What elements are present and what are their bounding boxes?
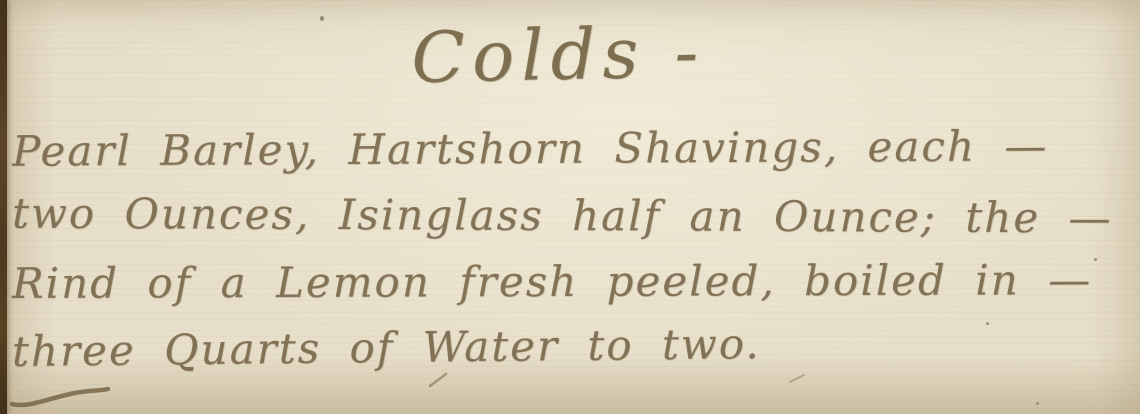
manuscript-line-1: Pearl Barley, Hartshorn Shavings, each —: [12, 121, 1049, 175]
cut-off-next-line-stroke: [8, 382, 128, 412]
manuscript-line-3: Rind of a Lemon fresh peeled, boiled in …: [12, 255, 1092, 308]
book-binding-edge: [0, 0, 7, 414]
manuscript-line-2: two Ounces, Isinglass half an Ounce; the…: [12, 189, 1113, 243]
stray-ink-tick: [788, 372, 808, 384]
ink-speck: [320, 16, 324, 21]
ink-speck: [1036, 402, 1039, 405]
manuscript-line-4: three Quarts of Water to two.: [12, 319, 761, 376]
stray-ink-tick: [428, 372, 450, 388]
page-title: Colds -: [411, 11, 706, 99]
manuscript-page: Colds - Pearl Barley, Hartshorn Shavings…: [0, 0, 1140, 414]
ink-speck: [1094, 258, 1097, 261]
ink-speck: [986, 322, 989, 325]
